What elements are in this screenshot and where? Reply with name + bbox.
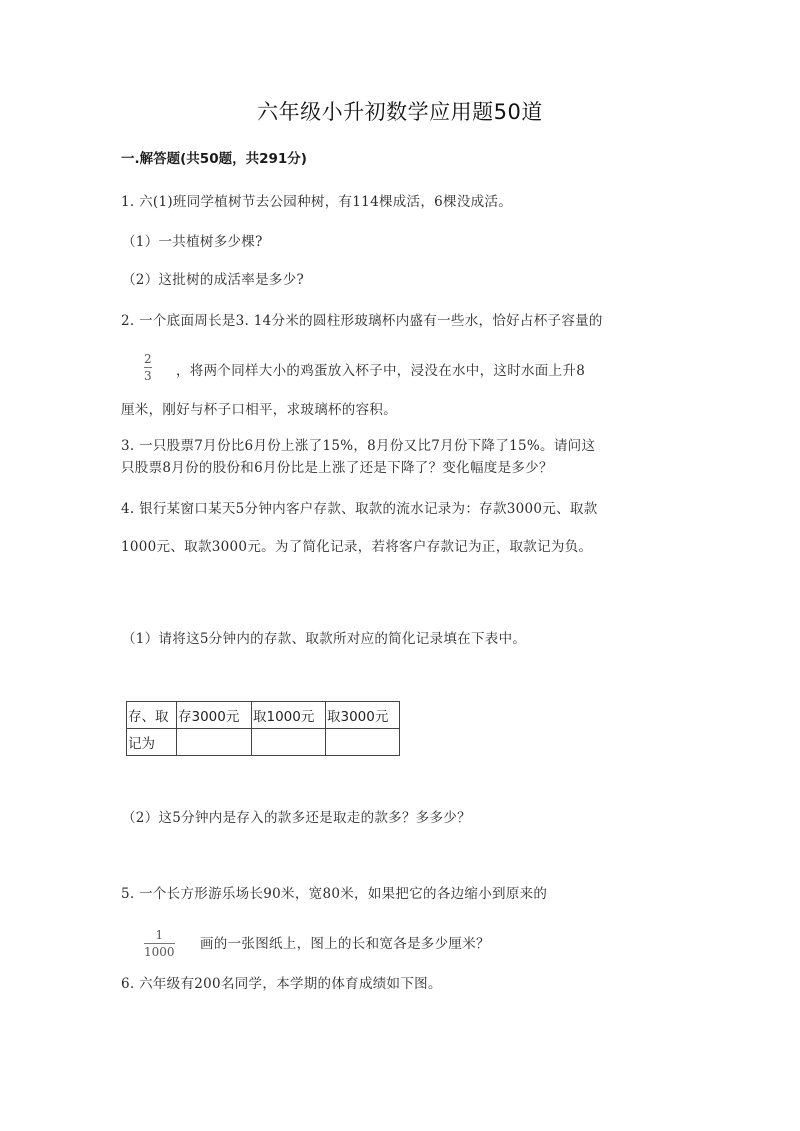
- section-heading: 一.解答题(共50题，共291分): [121, 147, 307, 167]
- table-cell: 存3000元: [177, 702, 252, 729]
- fraction-numerator: 1: [155, 928, 163, 942]
- record-table: 存、取 存3000元 取1000元 取3000元 记为: [126, 701, 400, 756]
- question-5-text-line-2: 画的一张图纸上，图上的长和宽各是多少厘米？: [200, 932, 490, 952]
- fraction-denominator: 3: [144, 369, 152, 383]
- table-cell-empty: [252, 729, 326, 756]
- question-4-text-line-2: 1000元、取款3000元。为了简化记录，若将客户存款记为正，取款记为负。: [121, 535, 592, 555]
- fraction-one-thousandth: 1 1000: [144, 928, 175, 959]
- question-5-text-line-1: 5. 一个长方形游乐场长90米，宽80米，如果把它的各边缩小到原来的: [121, 882, 547, 902]
- question-1-text: 1. 六(1)班同学植树节去公园种树，有114棵成活，6棵没成活。: [121, 190, 512, 210]
- question-6-text: 6. 六年级有200名同学，本学期的体育成绩如下图。: [121, 972, 442, 992]
- question-4-sub-1: （1）请将这5分钟内的存款、取款所对应的简化记录填在下表中。: [122, 627, 526, 647]
- fraction-bar: [144, 943, 175, 944]
- question-2-text-line-2: ，将两个同样大小的鸡蛋放入杯子中，浸没在水中，这时水面上升8: [176, 359, 585, 379]
- table-cell-empty: [326, 729, 400, 756]
- table-row: 存、取 存3000元 取1000元 取3000元: [127, 702, 400, 729]
- question-1-sub-2: （2）这批树的成活率是多少?: [122, 268, 304, 288]
- question-3-text-line-1: 3. 一只股票7月份比6月份上涨了15%，8月份又比7月份下降了15%。请问这: [121, 434, 595, 454]
- question-4-sub-2: （2）这5分钟内是存入的款多还是取走的款多？多多少？: [122, 806, 471, 826]
- table-cell: 取3000元: [326, 702, 400, 729]
- fraction-two-thirds: 2 3: [144, 352, 152, 383]
- question-1-sub-1: （1）一共植树多少棵?: [122, 230, 263, 250]
- table-cell: 取1000元: [252, 702, 326, 729]
- table-cell: 记为: [127, 729, 177, 756]
- question-2-text-line-3: 厘米，刚好与杯子口相平，求玻璃杯的容积。: [121, 398, 397, 418]
- table-row: 记为: [127, 729, 400, 756]
- page-title: 六年级小升初数学应用题50道: [0, 96, 800, 126]
- fraction-bar: [144, 367, 152, 368]
- question-2-text-line-1: 2. 一个底面周长是3. 14分米的圆柱形玻璃杯内盛有一些水，恰好占杯子容量的: [121, 309, 603, 329]
- table-cell: 存、取: [127, 702, 177, 729]
- question-3-text-line-2: 只股票8月份的股份和6月份比是上涨了还是下降了？变化幅度是多少？: [121, 456, 553, 476]
- fraction-denominator: 1000: [144, 945, 175, 959]
- table-cell-empty: [177, 729, 252, 756]
- fraction-numerator: 2: [144, 352, 152, 366]
- question-4-text-line-1: 4. 银行某窗口某天5分钟内客户存款、取款的流水记录为：存款3000元、取款: [121, 497, 598, 517]
